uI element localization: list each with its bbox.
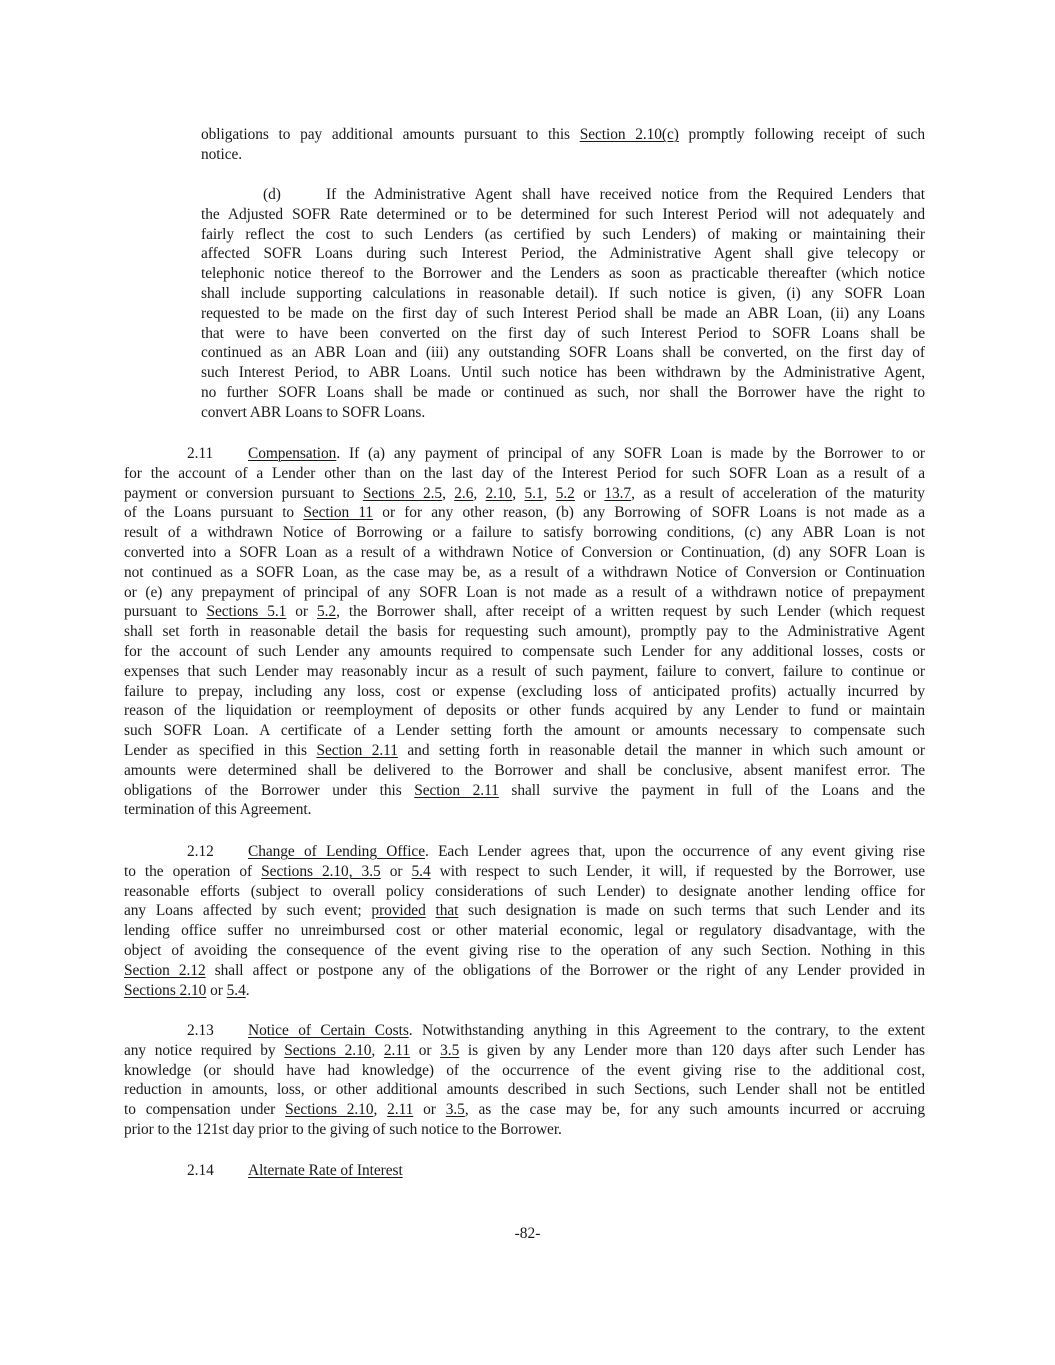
text-line: such Interest Period, to ABR Loans. Unti… [201, 363, 925, 383]
section-2-12-change-of-lending-office: 2.12Change of Lending Office. Each Lende… [124, 842, 925, 1000]
text-line: not continued as a SOFR Loan, as the cas… [124, 563, 925, 583]
section-heading: Notice of Certain Costs [248, 1022, 409, 1039]
cross-reference-link: Section 2.12 [124, 962, 206, 979]
text-line: result of a withdrawn Notice of Borrowin… [124, 523, 925, 543]
text-line: (d)If the Administrative Agent shall hav… [201, 185, 925, 205]
text-line: Sections 2.10 or 5.4. [124, 981, 925, 1001]
cross-reference-link: Sections 2.10, 3.5 [261, 863, 381, 880]
text-line: payment or conversion pursuant to Sectio… [124, 484, 925, 504]
text-line: for the account of a Lender other than o… [124, 464, 925, 484]
text-line: expenses that such Lender may reasonably… [124, 662, 925, 682]
text-line: that were to have been converted on the … [201, 324, 925, 344]
cross-reference-link: 5.2 [317, 603, 336, 620]
cross-reference-link: Sections 5.1 [206, 603, 286, 620]
section-number: 2.12 [187, 842, 248, 862]
text-line: convert ABR Loans to SOFR Loans. [201, 403, 925, 423]
cross-reference-link: Sections 2.10 [285, 1101, 373, 1118]
text-line: of the Loans pursuant to Section 11 or f… [124, 503, 925, 523]
cross-reference-link: Section 2.11 [316, 742, 397, 759]
text-line: to compensation under Sections 2.10, 2.1… [124, 1100, 925, 1120]
text-line: reasonable efforts (subject to overall p… [124, 882, 925, 902]
text-line: reduction in amounts, loss, or other add… [124, 1080, 925, 1100]
text-line: shall set forth in reasonable detail the… [124, 622, 925, 642]
text-line: lending office suffer no unreimbursed co… [124, 921, 925, 941]
text-line: telephonic notice thereof to the Borrowe… [201, 264, 925, 284]
text-line: continued as an ABR Loan and (iii) any o… [201, 343, 925, 363]
text-line: such SOFR Loan. A certificate of a Lende… [124, 721, 925, 741]
section-number: 2.14 [187, 1161, 248, 1181]
text-line: knowledge (or should have had knowledge)… [124, 1061, 925, 1081]
text-line: fairly reflect the cost to such Lenders … [201, 225, 925, 245]
cross-reference-link: Section 11 [303, 504, 373, 521]
section-2-13-notice-of-certain-costs: 2.13Notice of Certain Costs. Notwithstan… [124, 1021, 925, 1140]
cross-reference-link: Section 2.10(c) [580, 126, 679, 143]
section-2-11-compensation: 2.11Compensation. If (a) any payment of … [124, 444, 925, 820]
text-line: obligations of the Borrower under this S… [124, 781, 925, 801]
text-line: object of avoiding the consequence of th… [124, 941, 925, 961]
subsection-label: (d) [263, 185, 326, 205]
section-heading: Change of Lending Office [248, 843, 425, 860]
cross-reference-link: 5.4 [227, 982, 246, 999]
cross-reference-link: 3.5 [446, 1101, 465, 1118]
cross-reference-link: 2.10 [486, 485, 513, 502]
paragraph-2-10c-continuation: obligations to pay additional amounts pu… [201, 125, 925, 165]
text-line: pursuant to Sections 5.1 or 5.2, the Bor… [124, 602, 925, 622]
text-line: failure to prepay, including any loss, c… [124, 682, 925, 702]
cross-reference-link: 5.2 [556, 485, 575, 502]
text-line: affected SOFR Loans during such Interest… [201, 244, 925, 264]
text-line: 2.13Notice of Certain Costs. Notwithstan… [124, 1021, 925, 1041]
text-line: reason of the liquidation or reemploymen… [124, 701, 925, 721]
section-2-14-heading: 2.14Alternate Rate of Interest [124, 1161, 925, 1181]
section-number: 2.11 [187, 444, 248, 464]
text-line: Section 2.12 shall affect or postpone an… [124, 961, 925, 981]
text-line: to the operation of Sections 2.10, 3.5 o… [124, 862, 925, 882]
cross-reference-link: provided [371, 902, 425, 919]
cross-reference-link: 3.5 [440, 1042, 459, 1059]
text-line: 2.12Change of Lending Office. Each Lende… [124, 842, 925, 862]
cross-reference-link: 5.1 [524, 485, 543, 502]
cross-reference-link: Sections 2.10 [284, 1042, 371, 1059]
section-heading: Alternate Rate of Interest [248, 1162, 403, 1179]
page-number: -82- [0, 1224, 1055, 1244]
cross-reference-link: 2.11 [384, 1042, 410, 1059]
text-line: or (e) any prepayment of principal of an… [124, 583, 925, 603]
text-line: for the account of such Lender any amoun… [124, 642, 925, 662]
cross-reference-link: 5.4 [412, 863, 431, 880]
text-line: requested to be made on the first day of… [201, 304, 925, 324]
text-line: any notice required by Sections 2.10, 2.… [124, 1041, 925, 1061]
cross-reference-link: 13.7 [604, 485, 631, 502]
text-line: 2.11Compensation. If (a) any payment of … [124, 444, 925, 464]
cross-reference-link: Sections 2.5 [363, 485, 442, 502]
text-line: no further SOFR Loans shall be made or c… [201, 383, 925, 403]
text-line: prior to the 121st day prior to the givi… [124, 1120, 925, 1140]
text-line: any Loans affected by such event; provid… [124, 901, 925, 921]
text-line: converted into a SOFR Loan as a result o… [124, 543, 925, 563]
cross-reference-link: that [436, 902, 459, 919]
text-line: obligations to pay additional amounts pu… [201, 125, 925, 145]
section-number: 2.13 [187, 1021, 248, 1041]
cross-reference-link: Sections 2.10 [124, 982, 206, 999]
section-heading: Compensation [248, 445, 336, 462]
cross-reference-link: Section 2.11 [414, 782, 499, 799]
text-line: termination of this Agreement. [124, 800, 925, 820]
document-page: obligations to pay additional amounts pu… [0, 0, 1055, 1365]
text-line: amounts were determined shall be deliver… [124, 761, 925, 781]
cross-reference-link: 2.11 [387, 1101, 413, 1118]
text-line: notice. [201, 145, 925, 165]
text-line: Lender as specified in this Section 2.11… [124, 741, 925, 761]
text-line: the Adjusted SOFR Rate determined or to … [201, 205, 925, 225]
text-line: shall include supporting calculations in… [201, 284, 925, 304]
cross-reference-link: 2.6 [454, 485, 473, 502]
paragraph-2-10d: (d)If the Administrative Agent shall hav… [201, 185, 925, 423]
